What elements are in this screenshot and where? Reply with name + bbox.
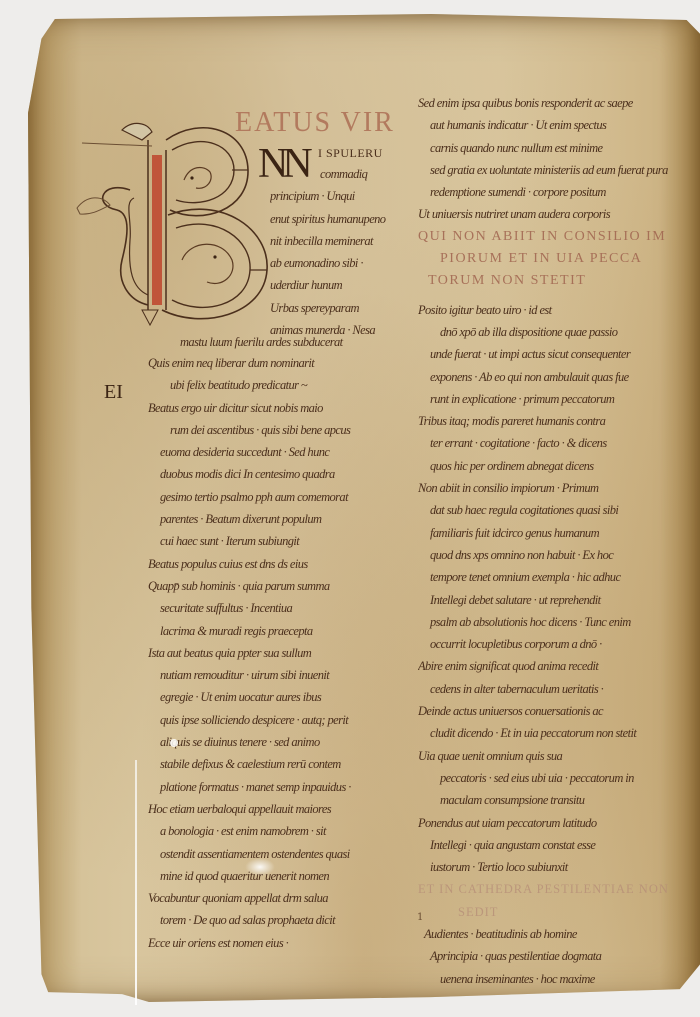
text-line: mine id quod quaeritur uenerit nomen (148, 865, 410, 887)
text-line: dnō xpō ab illa dispositione quae passio (418, 321, 700, 343)
text-line: Beatus populus cuius est dns ds eius (148, 553, 410, 575)
text-line: lacrima & muradi regis praecepta (148, 620, 410, 642)
right-column: Sed enim ipsa quibus bonis responderit a… (418, 92, 700, 990)
text-line: platione formatus · manet semp inpauidus… (148, 776, 410, 798)
text-line: runt in explicatione · primum peccatorum (418, 388, 700, 410)
text-line: aliquis se diuinus tenere · sed animo (148, 731, 410, 753)
marginal-note: EI (104, 381, 123, 404)
text-line: nit inbecilla meminerat (270, 230, 410, 252)
text-line: Sed enim ipsa quibus bonis responderit a… (418, 92, 700, 114)
text-line: Ecce uir oriens est nomen eius · (148, 932, 410, 954)
text-line: Ista aut beatus quia ppter sua sullum (148, 642, 410, 664)
text-line: securitate suffultus · Incentiua (148, 597, 410, 619)
rubric-faint-line: ET IN CATHEDRA PESTILENTIAE NON (418, 878, 700, 900)
text-line: Quapp̄ sub hominis · quia parum summa (148, 575, 410, 597)
text-line: sed gratia ex uoluntate ministeriis ad e… (418, 159, 700, 181)
text-line: Non abiit in consilio impiorum · Primum (418, 477, 700, 499)
left-column-beside-initial: commadiq principium · Unqui enut spiritu… (270, 163, 410, 341)
text-line: Vocabuntur quoniam appellat drm salua (148, 887, 410, 909)
text-line: parentes · Beatum dixerunt populum (148, 508, 410, 530)
text-line: Deinde actus uniuersos conuersationis ac (418, 700, 700, 722)
text-line: euoma desideria succedunt · Sed hunc (148, 441, 410, 463)
text-line: familiaris fuit idcirco genus humanum (418, 522, 700, 544)
text-line: Uia quae uenit omnium quis sua (418, 745, 700, 767)
text-line: Intellegi debet salutare · ut reprehendi… (418, 589, 700, 611)
heading-sub: I SPULERU (318, 146, 383, 161)
text-line: unde fuerat · ut impi actus sicut conseq… (418, 343, 700, 365)
text-line: gesimo tertio psalmo pph aum comemorat (148, 486, 410, 508)
text-line: quis ipse solliciendo despicere · autq; … (148, 709, 410, 731)
text-line: Ut uniuersis nutriret unam audera corpor… (418, 203, 700, 225)
text-line: commadiq (270, 163, 410, 185)
text-line: cedens in alter tabernaculum ueritatis · (418, 678, 700, 700)
text-line: torem · De quo ad salas prophaeta dicit (148, 909, 410, 931)
text-line: nutiam remouditur · uirum sibi inuenit (148, 664, 410, 686)
text-line: Audientes · beatitudinis ab homine (418, 923, 700, 945)
text-line: Aprincipia · quas pestilentiae dogmata (418, 945, 700, 967)
text-line: cludit dicendo · Et in uia peccatorum no… (418, 722, 700, 744)
zoomorphic-initial-b-icon (72, 110, 272, 330)
text-line: uenena inseminantes · hoc maxime (418, 968, 700, 990)
text-line: ab eumonadino sibi · (270, 252, 410, 274)
text-line: a bonologia · est enim namobrem · sit (148, 820, 410, 842)
page-crease (135, 760, 137, 1005)
text-line: Posito igitur beato uiro · id est (418, 299, 700, 321)
parchment-stain (245, 858, 275, 876)
text-line: uderdiur hunum (270, 274, 410, 296)
text-line: ostendit assentiamentem ostendentes quas… (148, 843, 410, 865)
text-line: Ponendus aut uiam peccatorum latitudo (418, 812, 700, 834)
text-line: stabile defixus & caelestium rerū contem (148, 753, 410, 775)
text-line: mastu luum fuerilu ardes subducerat (180, 331, 412, 353)
text-line: egregie · Ut enim uocatur aures ibus (148, 686, 410, 708)
left-column-line-9: mastu luum fuerilu ardes subducerat (180, 331, 412, 353)
text-line: redemptione sumendi · corpore positum (418, 181, 700, 203)
text-line: dat sub haec regula cogitationes quasi s… (418, 499, 700, 521)
text-line: quos hic per ordinem abnegat dicens (418, 455, 700, 477)
heading-rubric: EATUS VIR (235, 107, 395, 139)
text-line: ubi felix beatitudo predicatur ~ (148, 374, 410, 396)
text-line: Urbas spereyparam (270, 297, 410, 319)
text-line: principium · Unqui (270, 185, 410, 207)
text-line: exponens · Ab eo qui non ambulauit quas … (418, 366, 700, 388)
text-line: Quis enim neq liberar dum nominarit (148, 352, 410, 374)
text-line: psalm ab absolutionis hoc dicens · Tunc … (418, 611, 700, 633)
text-line: tempore tenet omnium exempla · hic adhuc (418, 566, 700, 588)
text-line: ter errant · cogitatione · facto · & dic… (418, 432, 700, 454)
text-line: Beatus ergo uir dicitur sicut nobis maio (148, 397, 410, 419)
left-column: Quis enim neq liberar dum nominarit ubi … (148, 352, 410, 954)
rubric-line: QUI NON ABIIT IN CONSILIO IM (418, 226, 700, 248)
text-line: duobus modis dici In centesimo quadra (148, 463, 410, 485)
text-line: rum dei ascentibus · quis sibi bene apcu… (148, 419, 410, 441)
folio-mark: 1 (417, 912, 423, 923)
rubric-line: PIORUM ET IN UIA PECCA (418, 248, 700, 270)
text-line: enut spiritus humanupeno (270, 208, 410, 230)
text-line: Hoc etiam uerbaloqui appellauit maiores (148, 798, 410, 820)
text-line: Tribus itaq; modis pareret humanis contr… (418, 410, 700, 432)
text-line: cui haec sunt · Iterum subiungit (148, 530, 410, 552)
rubric-line: TORUM NON STETIT (418, 270, 700, 292)
illuminated-initial (72, 110, 272, 330)
text-line: carnis quando nunc nullum est minime (418, 137, 700, 159)
text-line: occurrit locupletibus corporum a dnō · (418, 633, 700, 655)
text-line: maculam consumpsione transitu (418, 789, 700, 811)
rubric-faint-line: SEDIT (418, 901, 700, 923)
parchment-spot (170, 739, 178, 747)
text-line: peccatoris · sed eius ubi uia · peccator… (418, 767, 700, 789)
text-line: Intellegi · quia angustam constat esse (418, 834, 700, 856)
text-line: aut humanis indicatur · Ut enim spectus (418, 114, 700, 136)
text-line: quod dns xps omnino non habuit · Ex hoc (418, 544, 700, 566)
text-line: iustorum · Tertio loco subiunxit (418, 856, 700, 878)
text-line: Abire enim significat quod anima recedit (418, 655, 700, 677)
